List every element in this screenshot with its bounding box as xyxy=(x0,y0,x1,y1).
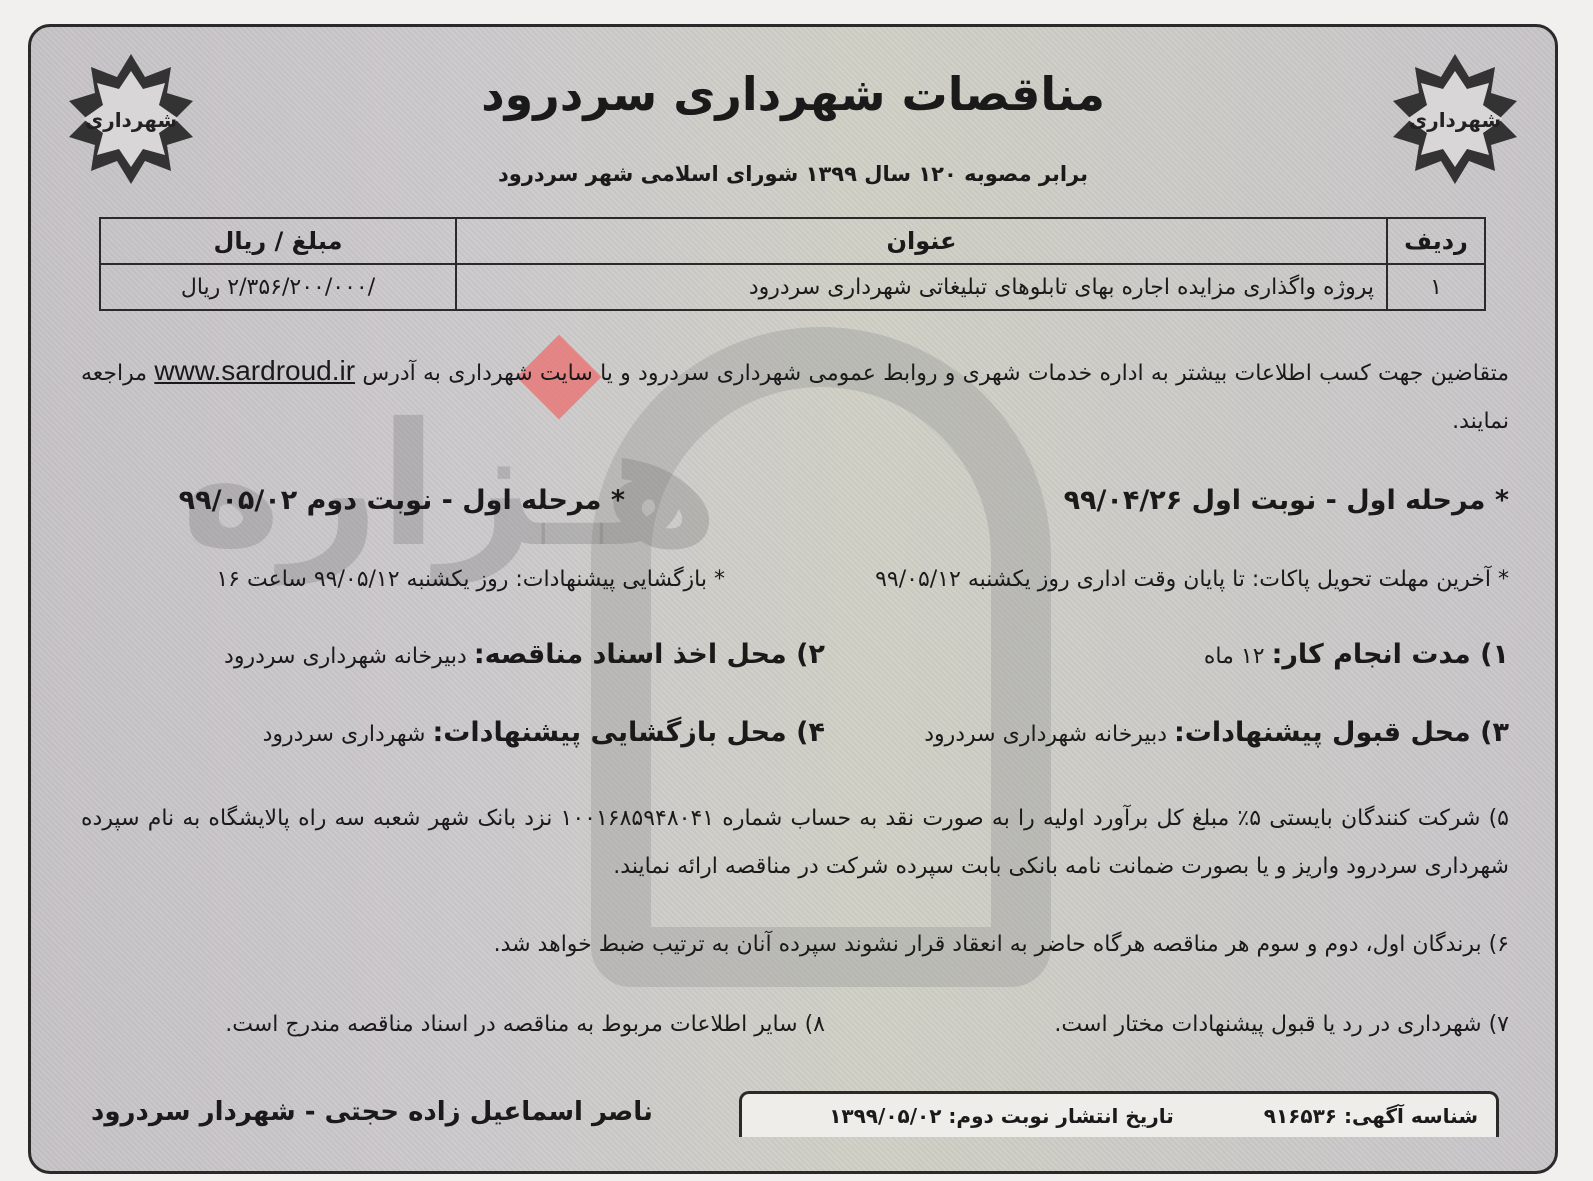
submission-deadline: * آخرین مهلت تحویل پاکات: تا پایان وقت ا… xyxy=(875,567,1509,592)
stage-second: * مرحله اول - نوبت دوم ۹۹/۰۵/۰۲ xyxy=(179,485,625,516)
item-2: ۲) محل اخذ اسناد مناقصه: دبیرخانه شهردار… xyxy=(224,639,825,670)
ad-id: شناسه آگهی: ۹۱۶۵۳۶ xyxy=(1264,1104,1478,1128)
item-4-label: ۴) محل بازگشایی پیشنهادات: xyxy=(432,717,825,748)
opening-time: * بازگشایی پیشنهادات: روز یکشنبه ۹۹/۰۵/۱… xyxy=(216,567,725,592)
item-1: ۱) مدت انجام کار: ۱۲ ماه xyxy=(1204,639,1509,670)
item-1-value: ۱۲ ماه xyxy=(1204,644,1272,669)
header-row-number: ردیف xyxy=(1387,218,1485,264)
publish-date: تاریخ انتشار نوبت دوم: ۱۳۹۹/۰۵/۰۲ xyxy=(829,1104,1174,1128)
item-4: ۴) محل بازگشایی پیشنهادات: شهرداری سردرو… xyxy=(263,717,825,748)
item-3-label: ۳) محل قبول پیشنهادات: xyxy=(1174,717,1509,748)
ad-info-box: شناسه آگهی: ۹۱۶۵۳۶ تاریخ انتشار نوبت دوم… xyxy=(739,1091,1499,1137)
item-4-value: شهرداری سردرود xyxy=(263,722,433,747)
intro-text: متقاضین جهت کسب اطلاعات بیشتر به اداره خ… xyxy=(362,361,1509,386)
item-2-label: ۲) محل اخذ اسناد مناقصه: xyxy=(474,639,825,670)
cell-row-number: ۱ xyxy=(1387,264,1485,310)
header-amount: مبلغ / ریال xyxy=(100,218,456,264)
item-3-value: دبیرخانه شهرداری سردرود xyxy=(924,722,1174,747)
website-link[interactable]: www.sardroud.ir xyxy=(154,355,355,386)
item-3: ۳) محل قبول پیشنهادات: دبیرخانه شهرداری … xyxy=(924,717,1509,748)
item-7: ۷) شهرداری در رد یا قبول پیشنهادات مختار… xyxy=(1054,1012,1509,1037)
item-8: ۸) سایر اطلاعات مربوط به مناقصه در اسناد… xyxy=(225,1012,825,1037)
item-2-value: دبیرخانه شهرداری سردرود xyxy=(224,644,474,669)
page-title: مناقصات شهرداری سردرود xyxy=(31,67,1555,121)
item-1-label: ۱) مدت انجام کار: xyxy=(1272,639,1509,670)
mayor-signature: ناصر اسماعیل زاده حجتی - شهردار سردرود xyxy=(91,1097,653,1127)
cell-amount: /۲/۳۵۶/۲۰۰/۰۰۰ ریال xyxy=(100,264,456,310)
cell-title: پروژه واگذاری مزایده اجاره بهای تابلوهای… xyxy=(456,264,1387,310)
header-title: عنوان xyxy=(456,218,1387,264)
table-header-row: ردیف عنوان مبلغ / ریال xyxy=(100,218,1485,264)
stage-first: * مرحله اول - نوبت اول ۹۹/۰۴/۲۶ xyxy=(1064,485,1509,516)
item-6: ۶) برندگان اول، دوم و سوم هر مناقصه هرگا… xyxy=(494,932,1509,957)
intro-paragraph: متقاضین جهت کسب اطلاعات بیشتر به اداره خ… xyxy=(81,347,1509,446)
subtitle: برابر مصوبه ۱۲۰ سال ۱۳۹۹ شورای اسلامی شه… xyxy=(31,162,1555,186)
notice-frame: هـزاره شهرداری شهرداری مناقصات شهرداری س… xyxy=(28,24,1558,1174)
table-row: ۱ پروژه واگذاری مزایده اجاره بهای تابلوه… xyxy=(100,264,1485,310)
item-5: ۵) شرکت کنندگان بایستی ۵٪ مبلغ کل برآورد… xyxy=(81,795,1509,891)
tender-table: ردیف عنوان مبلغ / ریال ۱ پروژه واگذاری م… xyxy=(99,217,1486,311)
